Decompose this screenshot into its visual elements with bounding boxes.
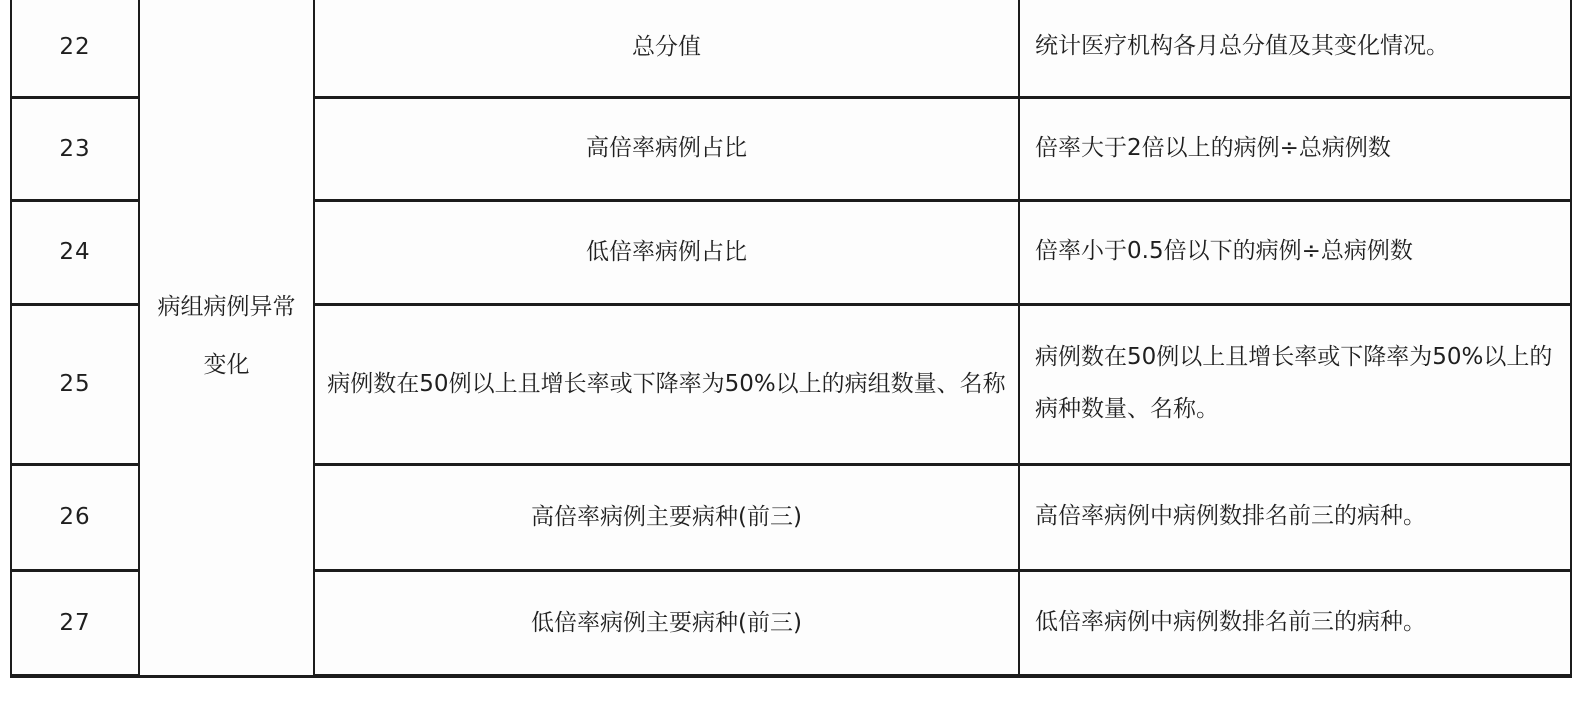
- indicator-cell: 低倍率病例占比: [314, 200, 1019, 304]
- indicator-cell: 低倍率病例主要病种(前三): [314, 570, 1019, 676]
- table-row: 22 病组病例异常 变化 总分值 统计医疗机构各月总分值及其变化情况。: [11, 0, 1571, 97]
- description-cell: 病例数在50例以上且增长率或下降率为50%以上的病种数量、名称。: [1019, 304, 1571, 464]
- row-number-cell: 22: [11, 0, 139, 97]
- group-category-cell: 病组病例异常 变化: [139, 0, 314, 676]
- indicator-cell: 高倍率病例占比: [314, 97, 1019, 200]
- indicator-cell: 病例数在50例以上且增长率或下降率为50%以上的病组数量、名称: [314, 304, 1019, 464]
- description-cell: 统计医疗机构各月总分值及其变化情况。: [1019, 0, 1571, 97]
- row-number-cell: 25: [11, 304, 139, 464]
- group-label-line2: 变化: [146, 336, 307, 395]
- row-number-cell: 26: [11, 464, 139, 570]
- description-cell: 倍率大于2倍以上的病例÷总病例数: [1019, 97, 1571, 200]
- row-number-cell: 27: [11, 570, 139, 676]
- indicator-cell: 总分值: [314, 0, 1019, 97]
- description-cell: 倍率小于0.5倍以下的病例÷总病例数: [1019, 200, 1571, 304]
- indicator-table: 22 病组病例异常 变化 总分值 统计医疗机构各月总分值及其变化情况。 23 高…: [10, 0, 1572, 678]
- group-label-line1: 病组病例异常: [146, 278, 307, 337]
- description-cell: 低倍率病例中病例数排名前三的病种。: [1019, 570, 1571, 676]
- description-cell: 高倍率病例中病例数排名前三的病种。: [1019, 464, 1571, 570]
- indicator-cell: 高倍率病例主要病种(前三): [314, 464, 1019, 570]
- document-page: 22 病组病例异常 变化 总分值 统计医疗机构各月总分值及其变化情况。 23 高…: [0, 0, 1581, 706]
- row-number-cell: 24: [11, 200, 139, 304]
- row-number-cell: 23: [11, 97, 139, 200]
